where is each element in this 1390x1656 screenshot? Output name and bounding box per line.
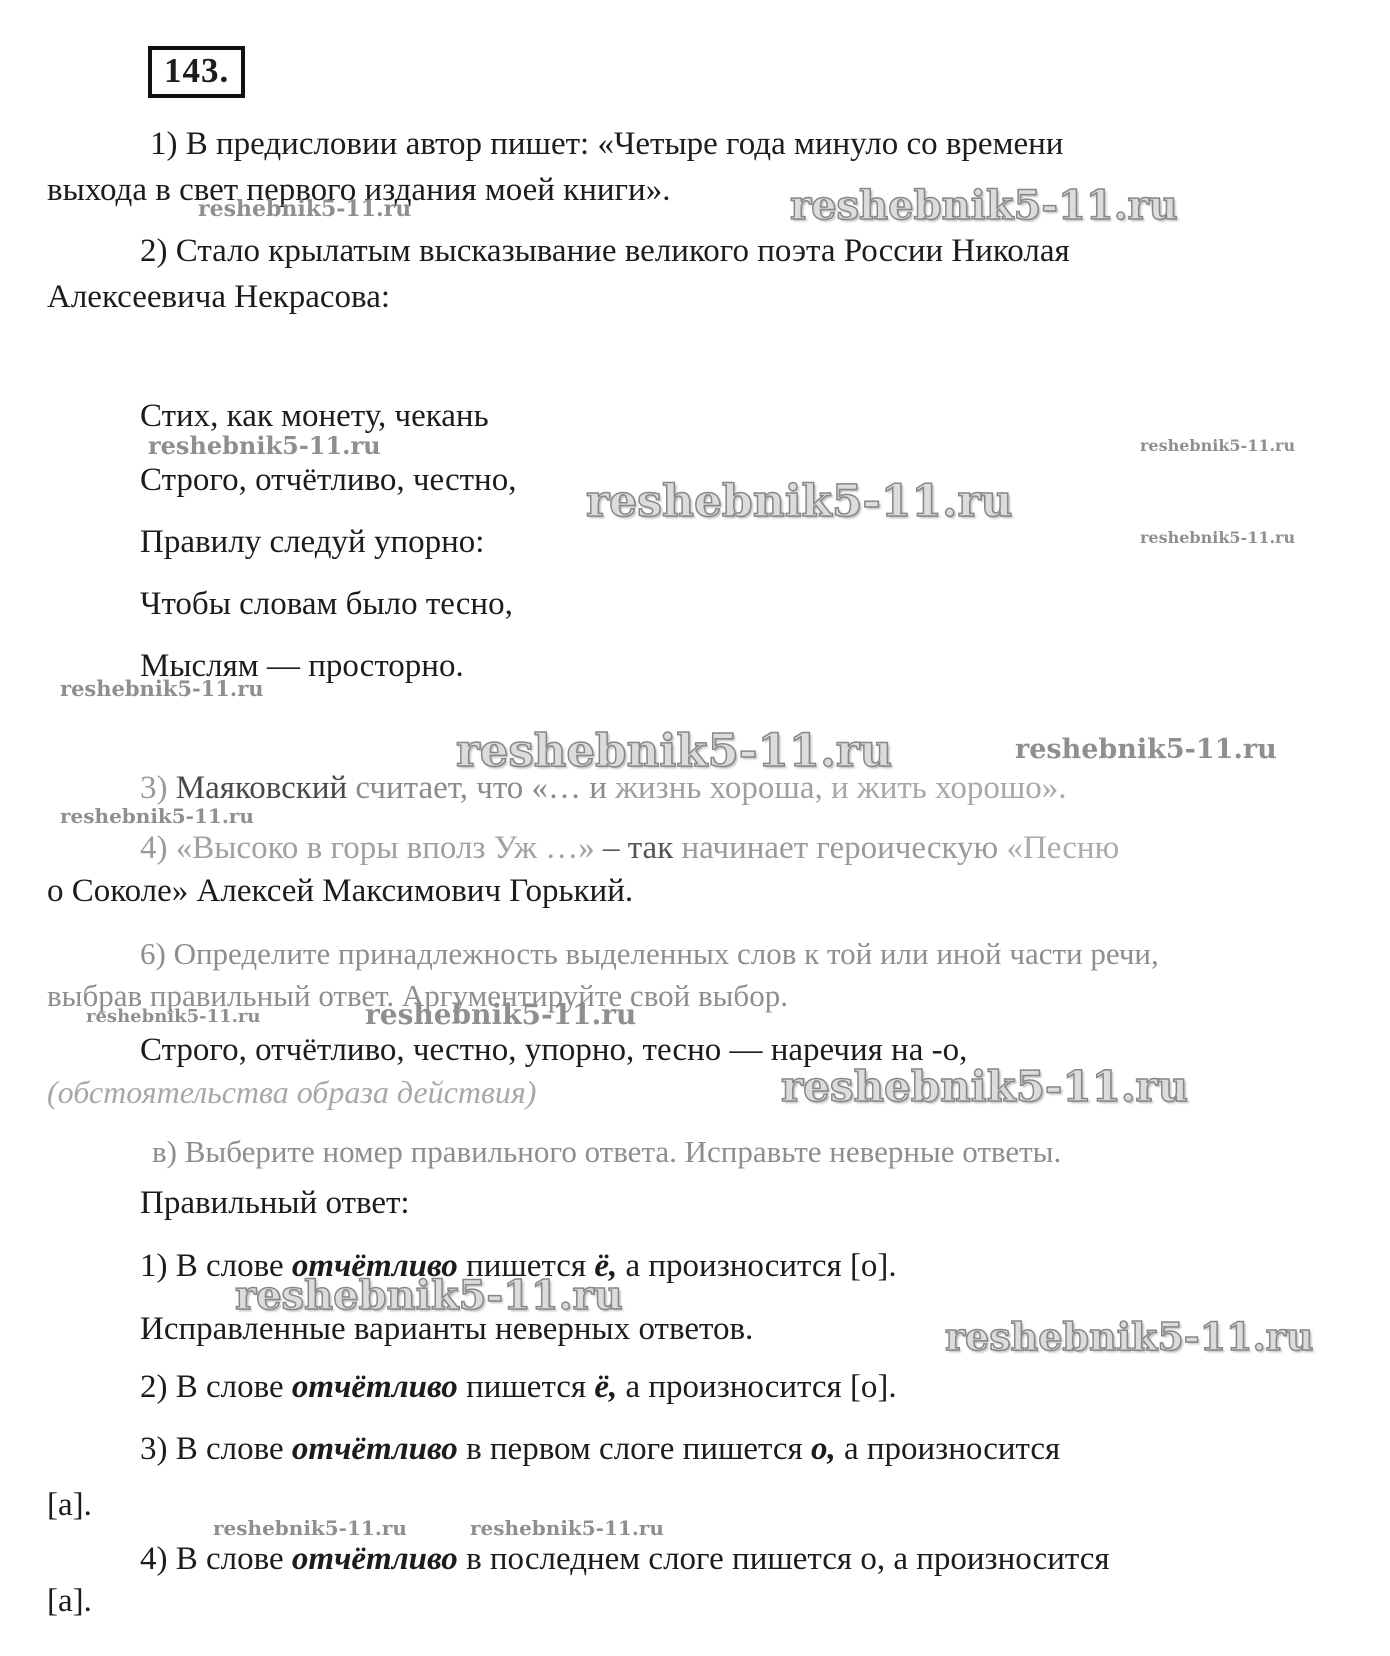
- site-watermark: reshebnik5-11.ru: [470, 1518, 664, 1538]
- task-v-line: в) Выберите номер правильного ответа. Ис…: [152, 1134, 1061, 1170]
- scanned-textbook-page: 143. 1) В предисловии автор пишет: «Четы…: [0, 0, 1390, 1656]
- site-watermark: reshebnik5-11.ru: [945, 1318, 1313, 1356]
- text-segment: ё,: [594, 1369, 617, 1405]
- site-watermark: reshebnik5-11.ru: [60, 806, 254, 826]
- site-watermark: reshebnik5-11.ru: [456, 728, 892, 773]
- paragraph2-line1: 2) Стало крылатым высказывание великого …: [140, 233, 1070, 271]
- text-segment: а произносится: [836, 1431, 1060, 1467]
- site-watermark: reshebnik5-11.ru: [790, 186, 1178, 226]
- correct-answer-header: Правильный ответ:: [140, 1185, 410, 1223]
- poem-line-4: Чтобы словам было тесно,: [140, 586, 513, 624]
- site-watermark: reshebnik5-11.ru: [1140, 438, 1295, 454]
- text-segment: в последнем слоге пишется о, а произноси…: [458, 1541, 1110, 1577]
- note-line: (обстоятельства образа действия): [47, 1074, 536, 1111]
- paragraph1-line1: 1) В предисловии автор пишет: «Четыре го…: [150, 126, 1063, 164]
- site-watermark: reshebnik5-11.ru: [235, 1276, 623, 1316]
- poem-line-2: Строго, отчётливо, честно,: [140, 462, 516, 500]
- text-segment: отчётливо: [292, 1541, 458, 1577]
- site-watermark: reshebnik5-11.ru: [586, 480, 1013, 524]
- exercise-number-box: 143.: [148, 46, 245, 98]
- text-segment: о,: [811, 1431, 836, 1467]
- text-segment: отчётливо: [292, 1369, 458, 1405]
- exercise-number: 143.: [164, 51, 229, 90]
- site-watermark: reshebnik5-11.ru: [365, 1001, 636, 1029]
- text-segment: «Песню: [1006, 830, 1119, 866]
- site-watermark: reshebnik5-11.ru: [198, 198, 411, 220]
- item4-line2: о Соколе» Алексей Максимович Горький.: [47, 873, 633, 911]
- answer4-line1: 4) В слове отчётливо в последнем слоге п…: [140, 1541, 1110, 1579]
- text-segment: 2) В слове: [140, 1369, 292, 1405]
- site-watermark: reshebnik5-11.ru: [1140, 530, 1295, 546]
- poem-line-3: Правилу следуй упорно:: [140, 524, 484, 562]
- text-segment: а произносится [о].: [617, 1369, 896, 1405]
- paragraph2-line2: Алексеевича Некрасова:: [47, 279, 390, 317]
- answer3-line1: 3) В слове отчётливо в первом слоге пише…: [140, 1431, 1060, 1469]
- text-segment: отчётливо: [292, 1431, 458, 1467]
- text-segment: – так: [603, 830, 682, 866]
- text-segment: Маяковский: [176, 770, 356, 806]
- text-segment: 4): [140, 830, 176, 866]
- site-watermark: reshebnik5-11.ru: [60, 678, 264, 699]
- text-segment: 3) В слове: [140, 1431, 292, 1467]
- text-segment: 3): [140, 770, 176, 806]
- text-segment: пишется: [458, 1369, 595, 1405]
- text-segment: 4) В слове: [140, 1541, 292, 1577]
- answer4-line2: [а].: [47, 1583, 92, 1621]
- answer2-line: 2) В слове отчётливо пишется ё, а произн…: [140, 1369, 897, 1407]
- answer3-line2: [а].: [47, 1487, 92, 1525]
- text-segment: а произносится [о].: [617, 1248, 896, 1284]
- site-watermark: reshebnik5-11.ru: [86, 1008, 260, 1026]
- site-watermark: reshebnik5-11.ru: [213, 1518, 407, 1538]
- site-watermark: reshebnik5-11.ru: [781, 1066, 1188, 1108]
- text-segment: в первом слоге пишется: [458, 1431, 811, 1467]
- task-b-line1: 6) Определите принадлежность выделенных …: [140, 936, 1159, 972]
- text-segment: начинает героическую: [682, 830, 1007, 866]
- site-watermark: reshebnik5-11.ru: [148, 434, 381, 458]
- item4-line1: 4) «Высоко в горы вполз Уж …» – так начи…: [140, 830, 1119, 868]
- site-watermark: reshebnik5-11.ru: [1015, 736, 1277, 763]
- text-segment: «Высоко в горы вполз Уж …»: [176, 830, 603, 866]
